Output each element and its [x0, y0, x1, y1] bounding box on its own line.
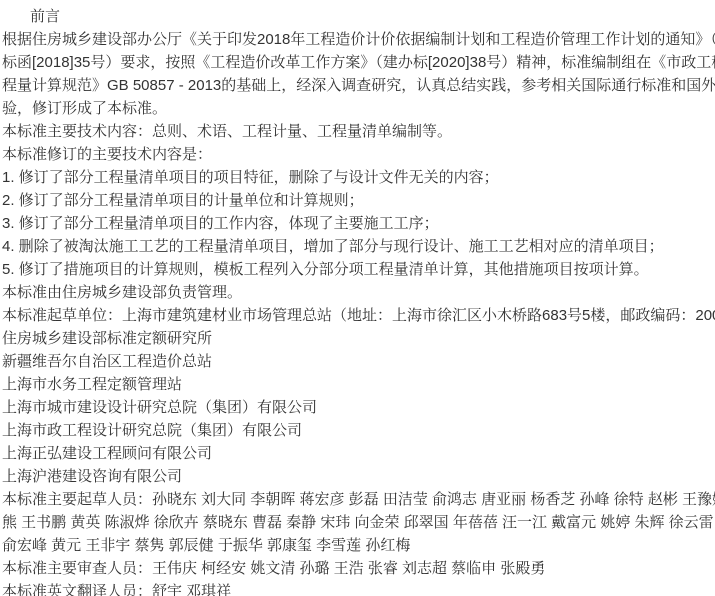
- text-line: 上海正弘建设工程顾问有限公司: [2, 442, 715, 465]
- text-line: 新疆维吾尔自治区工程造价总站: [2, 350, 715, 373]
- text-line: 上海市城市建设设计研究总院（集团）有限公司: [2, 396, 715, 419]
- text-line: 标函[2018]35号）要求，按照《工程造价改革工作方案》（建办标[2020]3…: [2, 51, 715, 74]
- text-line: 本标准修订的主要技术内容是：: [2, 143, 715, 166]
- text-line: 上海沪港建设咨询有限公司: [2, 465, 715, 488]
- text-line: 住房城乡建设部标准定额研究所: [2, 327, 715, 350]
- text-line-numbered-4: 4. 删除了被淘汰施工工艺的工程量清单项目，增加了部分与现行设计、施工工艺相对应…: [2, 235, 715, 258]
- text-line: 上海市水务工程定额管理站: [2, 373, 715, 396]
- text-line: 本标准主要审查人员：王伟庆 柯经安 姚文清 孙璐 王浩 张睿 刘志超 蔡临申 张…: [2, 557, 715, 580]
- text-line-numbered-3: 3. 修订了部分工程量清单项目的工作内容，体现了主要施工工序；: [2, 212, 715, 235]
- text-line-numbered-5: 5. 修订了措施项目的计算规则，模板工程列入分部分项工程量清单计算，其他措施项目…: [2, 258, 715, 281]
- text-line-numbered-2: 2. 修订了部分工程量清单项目的计量单位和计算规则；: [2, 189, 715, 212]
- text-line: 俞宏峰 黄元 王非宇 蔡隽 郭辰健 于振华 郭康玺 李雪莲 孙红梅: [2, 534, 715, 557]
- text-line: 验，修订形成了本标准。: [2, 97, 715, 120]
- document-page: 前言 根据住房城乡建设部办公厅《关于印发2018年工程造价计价依据编制计划和工程…: [0, 0, 715, 596]
- text-line: 程量计算规范》GB 50857 - 2013的基础上，经深入调查研究，认真总结实…: [2, 74, 715, 97]
- text-line: 上海市政工程设计研究总院（集团）有限公司: [2, 419, 715, 442]
- text-line-numbered-1: 1. 修订了部分工程量清单项目的项目特征，删除了与设计文件无关的内容；: [2, 166, 715, 189]
- text-line: 本标准由住房城乡建设部负责管理。: [2, 281, 715, 304]
- text-line: 本标准英文翻译人员：舒宇 邓琪祥: [2, 580, 715, 596]
- text-line: 本标准起草单位：上海市建筑建材业市场管理总站（地址：上海市徐汇区小木桥路683号…: [2, 304, 715, 327]
- text-line: 熊 王书鹏 黄英 陈淑烨 徐欣卉 蔡晓东 曹磊 秦静 宋玮 向金荣 邱翠国 年蓓…: [2, 511, 715, 534]
- page-title: 前言: [2, 5, 715, 28]
- text-line: 根据住房城乡建设部办公厅《关于印发2018年工程造价计价依据编制计划和工程造价管…: [2, 28, 715, 51]
- text-line: 本标准主要技术内容：总则、术语、工程计量、工程量清单编制等。: [2, 120, 715, 143]
- text-line: 本标准主要起草人员：孙晓东 刘大同 李朝晖 蒋宏彦 彭磊 田洁莹 俞鸿志 唐亚丽…: [2, 488, 715, 511]
